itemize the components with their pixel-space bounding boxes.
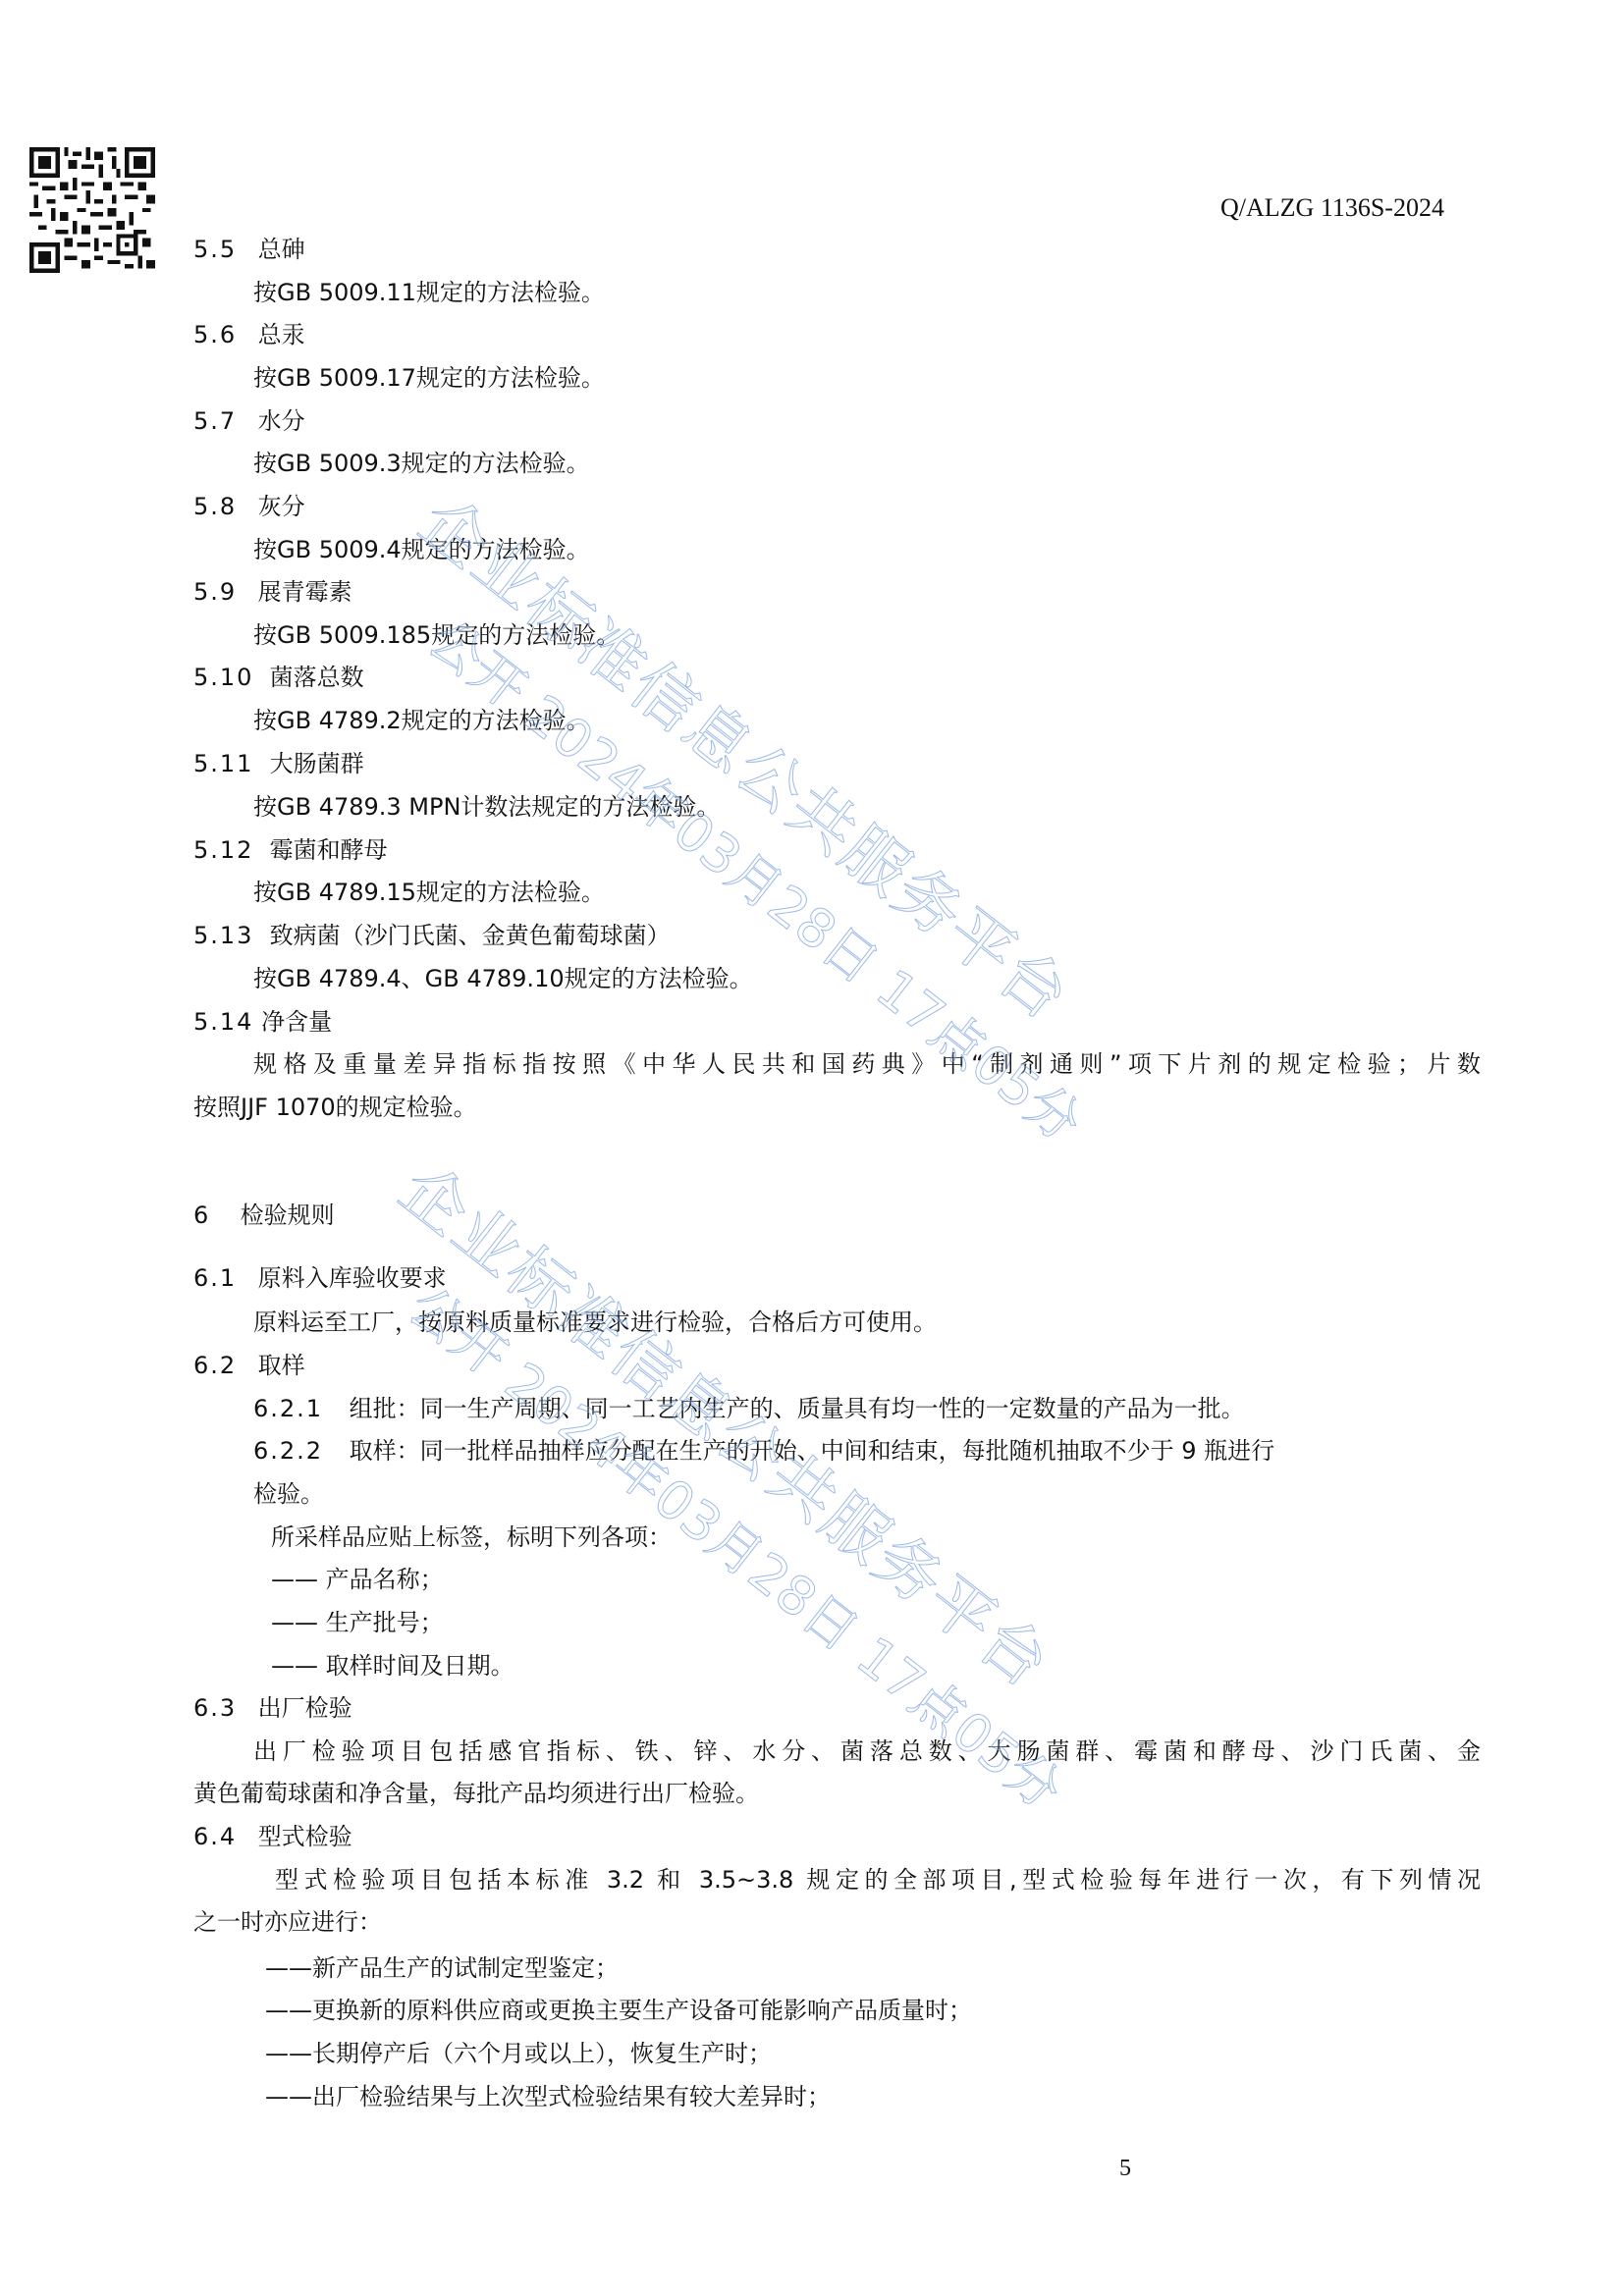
section-6-2-1: 6.2.1 组批：同一生产周期、同一工艺内生产的、质量具有均一性的一定数量的产品… — [253, 1394, 1245, 1423]
section-5-7-body: 按GB 5009.3规定的方法检验。 — [253, 449, 590, 478]
section-5-13-body: 按GB 4789.4、GB 4789.10规定的方法检验。 — [253, 964, 753, 993]
section-5-9-heading: 5.9 展青霉素 — [193, 577, 352, 607]
section-5-5-body: 按GB 5009.11规定的方法检验。 — [253, 278, 605, 307]
section-5-14-heading: 5.14 净含量 — [193, 1007, 332, 1037]
section-5-6-heading: 5.6 总汞 — [193, 320, 305, 349]
section-5-6-body: 按GB 5009.17规定的方法检验。 — [253, 363, 605, 393]
section-5-11-heading: 5.11 大肠菌群 — [193, 749, 364, 778]
section-5-14-body: 规格及重量差异指标指按照《中华人民共和国药典》中“制剂通则”项下片剂的规定检验；… — [253, 1049, 1481, 1079]
section-6-4-body-cont: 之一时亦应进行： — [193, 1907, 382, 1937]
section-5-7-heading: 5.7 水分 — [193, 406, 305, 436]
section-6-1-heading: 6.1 原料入库验收要求 — [193, 1263, 447, 1293]
section-5-8-heading: 5.8 灰分 — [193, 492, 305, 521]
section-5-11-body: 按GB 4789.3 MPN计数法规定的方法检验。 — [253, 792, 720, 822]
standard-code: Q/ALZG 1136S-2024 — [1220, 193, 1444, 223]
section-6-3-heading: 6.3 出厂检验 — [193, 1693, 352, 1723]
section-6-2-2: 6.2.2 取样：同一批样品抽样应分配在生产的开始、中间和结束，每批随机抽取不少… — [253, 1436, 1274, 1466]
section-5-5-heading: 5.5 总砷 — [193, 235, 305, 264]
section-5-9-body: 按GB 5009.185规定的方法检验。 — [253, 620, 620, 650]
section-5-8-body: 按GB 5009.4规定的方法检验。 — [253, 535, 590, 564]
section-5-14-body-cont: 按照JJF 1070的规定检验。 — [193, 1093, 477, 1122]
qr-code-icon — [28, 147, 156, 273]
section-6-4-heading: 6.4 型式检验 — [193, 1822, 352, 1851]
section-5-12-heading: 5.12 霉菌和酵母 — [193, 835, 388, 865]
section-6-4-body: 型式检验项目包括本标准 3.2 和 3.5~3.8 规定的全部项目,型式检验每年… — [275, 1865, 1481, 1895]
type-inspection-condition: ——新产品生产的试制定型鉴定； — [265, 1953, 619, 1983]
type-inspection-condition: ——更换新的原料供应商或更换主要生产设备可能影响产品质量时； — [265, 1996, 972, 2025]
section-6-2-2-cont: 检验。 — [253, 1479, 324, 1509]
label-item: —— 生产批号； — [271, 1608, 444, 1637]
section-5-12-body: 按GB 4789.15规定的方法检验。 — [253, 878, 605, 907]
section-6-heading: 6 检验规则 — [193, 1201, 335, 1230]
type-inspection-condition: ——长期停产后（六个月或以上），恢复生产时； — [265, 2039, 772, 2068]
label-item: —— 取样时间及日期。 — [271, 1651, 514, 1681]
type-inspection-condition: ——出厂检验结果与上次型式检验结果有较大差异时； — [265, 2082, 831, 2111]
label-item: —— 产品名称； — [271, 1565, 444, 1594]
section-6-3-body: 出厂检验项目包括感官指标、铁、锌、水分、菌落总数、大肠菌群、霉菌和酵母、沙门氏菌… — [253, 1736, 1481, 1766]
section-5-10-body: 按GB 4789.2规定的方法检验。 — [253, 706, 590, 735]
section-6-2-heading: 6.2 取样 — [193, 1351, 305, 1380]
section-5-13-heading: 5.13 致病菌（沙门氏菌、金黄色葡萄球菌） — [193, 921, 671, 950]
page-number: 5 — [1119, 2156, 1131, 2182]
section-5-10-heading: 5.10 菌落总数 — [193, 663, 364, 692]
section-6-1-body: 原料运至工厂，按原料质量标准要求进行检验，合格后方可使用。 — [253, 1308, 937, 1337]
section-6-3-body-cont: 黄色葡萄球菌和净含量，每批产品均须进行出厂检验。 — [193, 1779, 759, 1808]
label-intro: 所采样品应贴上标签，标明下列各项： — [271, 1522, 672, 1552]
